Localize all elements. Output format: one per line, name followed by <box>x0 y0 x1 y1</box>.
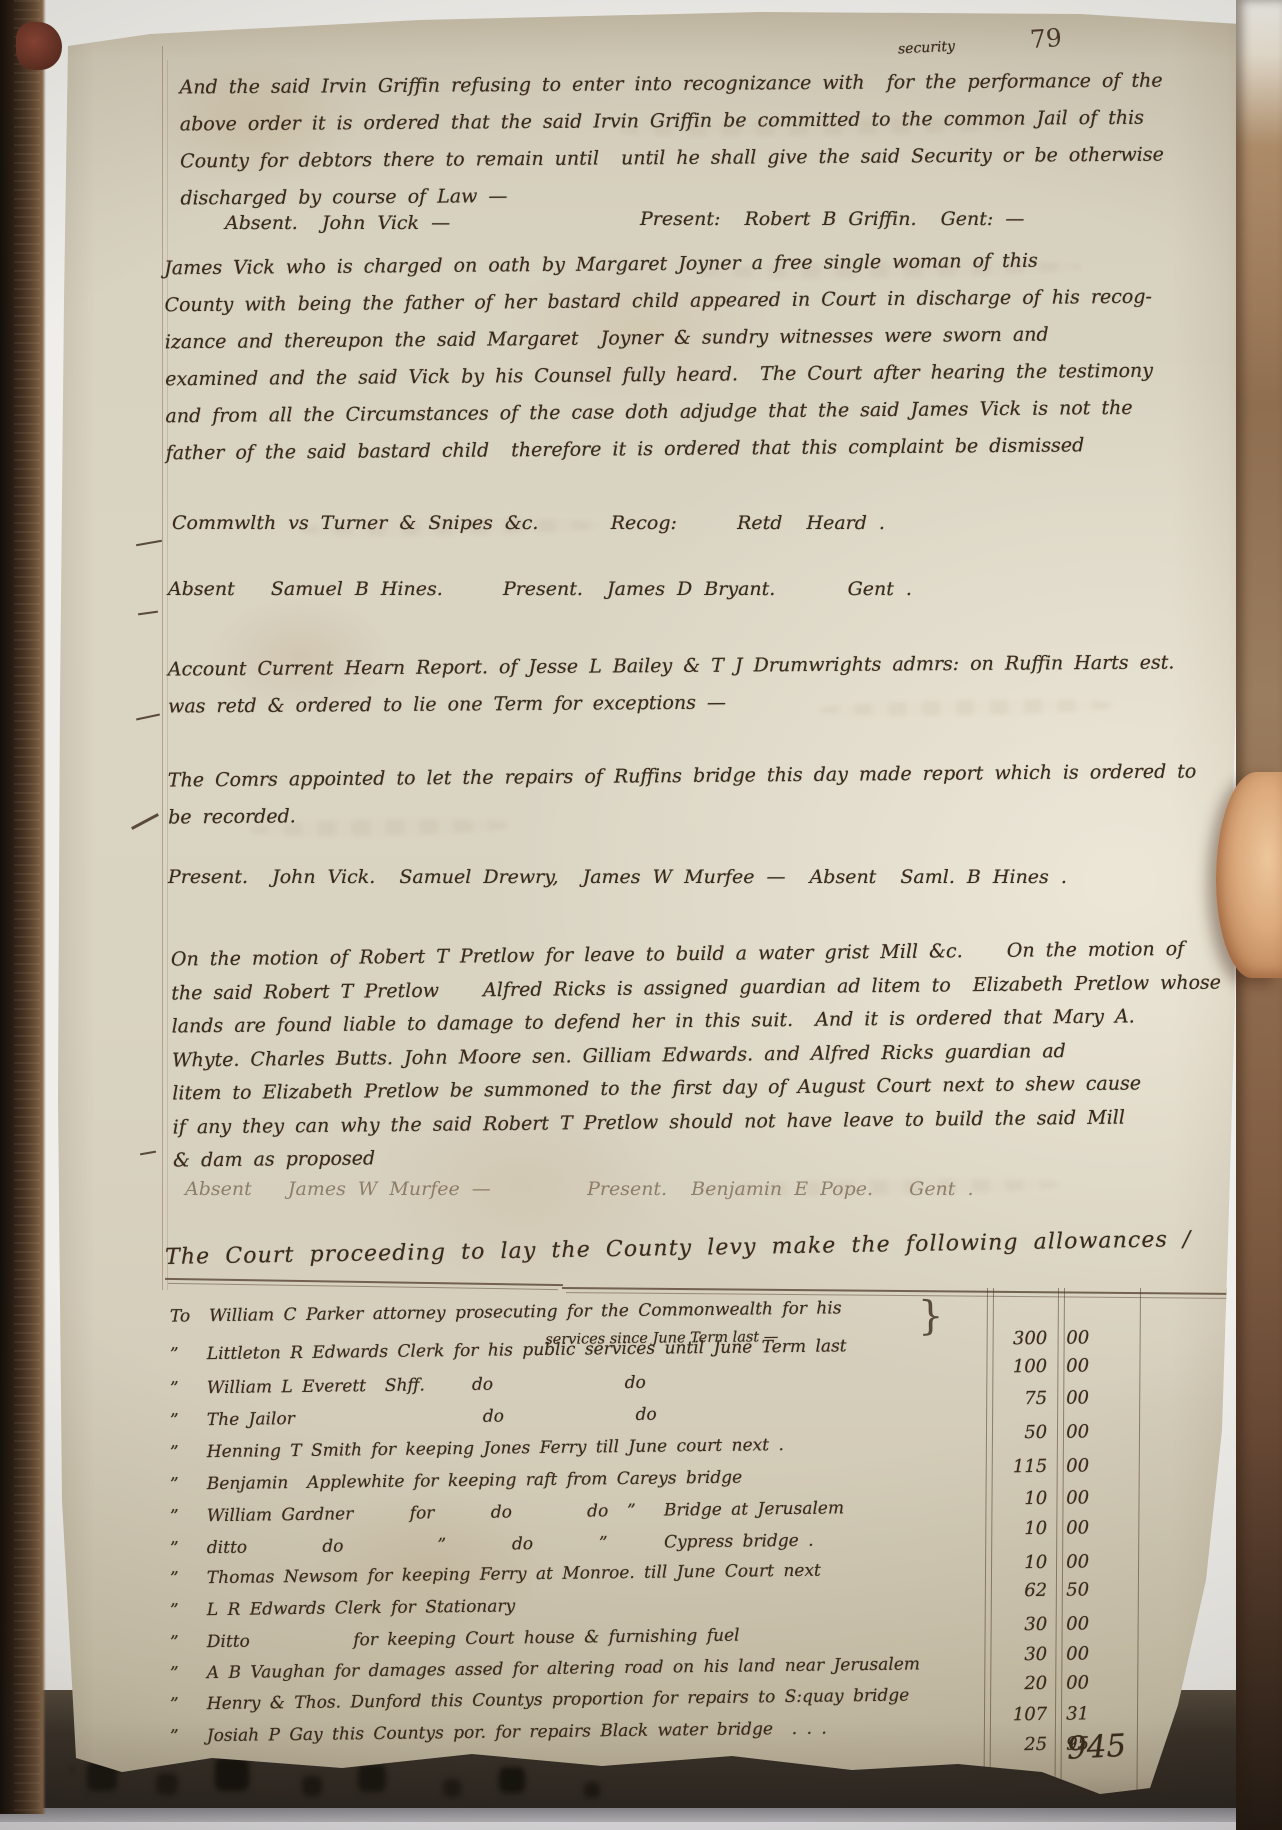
attendance-line-4: Absent James W Murfee — Present. Benjami… <box>185 1178 974 1200</box>
court-entry-bastardy: James Vick who is charged on oath by Mar… <box>164 242 1154 473</box>
photograph: 79 security And the said Irvin Griffin r… <box>0 0 1282 1830</box>
levy-heading: The Court proceeding to lay the County l… <box>165 1227 1192 1270</box>
court-entry-account: Account Current Hearn Report. of Jesse L… <box>168 644 1175 725</box>
page-number: 79 <box>1029 23 1063 54</box>
court-entry-mill-petition: On the motion of Robert T Pretlow for le… <box>171 933 1223 1178</box>
ledger-total-dollars: 945 <box>1066 1728 1127 1767</box>
ledger-row-text: ” Littleton R Edwards Clerk for his publ… <box>170 1336 847 1364</box>
attendance-line-3: Present. John Vick. Samuel Drewry, James… <box>168 866 1067 888</box>
attendance-line-2: Absent Samuel B Hines. Present. James D … <box>168 578 912 600</box>
attendance-line-present: Present: Robert B Griffin. Gent: — <box>640 208 1024 230</box>
heading-underline <box>165 1278 563 1286</box>
manuscript-page: 79 security And the said Irvin Griffin r… <box>0 0 1282 1830</box>
binding-leather-notch <box>16 22 62 70</box>
margin-mark <box>138 611 158 616</box>
ledger-row-brace: } <box>918 1293 944 1339</box>
margin-mark <box>136 540 162 546</box>
ledger-amount-dollars: 25 <box>985 1734 1047 1756</box>
margin-mark <box>140 1151 156 1156</box>
margin-mark <box>136 714 160 721</box>
court-entry-bridge-report: The Comrs appointed to let the repairs o… <box>168 754 1197 837</box>
court-entry-committal: And the said Irvin Griffin refusing to e… <box>179 63 1164 218</box>
margin-mark <box>131 813 159 830</box>
ledger-row-text: ” William L Everett Shff. do do <box>170 1373 646 1399</box>
margin-rule-line <box>162 46 163 1290</box>
interlined-word: security <box>898 39 956 58</box>
ledger-row-text: ” L R Edwards Clerk for Stationary <box>170 1596 515 1620</box>
photo-bottom-edge <box>0 1822 1282 1830</box>
attendance-line-absent: Absent. John Vick — <box>225 212 450 234</box>
ledger-row-text: To William C Parker attorney prosecuting… <box>170 1298 842 1326</box>
ledger-row: To William C Parker attorney prosecuting… <box>170 1293 1245 1338</box>
bleedthrough-marks <box>70 1768 74 1772</box>
page-edge-streaks <box>14 0 40 1814</box>
recognizance-line: Commwlth vs Turner & Snipes &c. Recog: R… <box>172 512 885 534</box>
